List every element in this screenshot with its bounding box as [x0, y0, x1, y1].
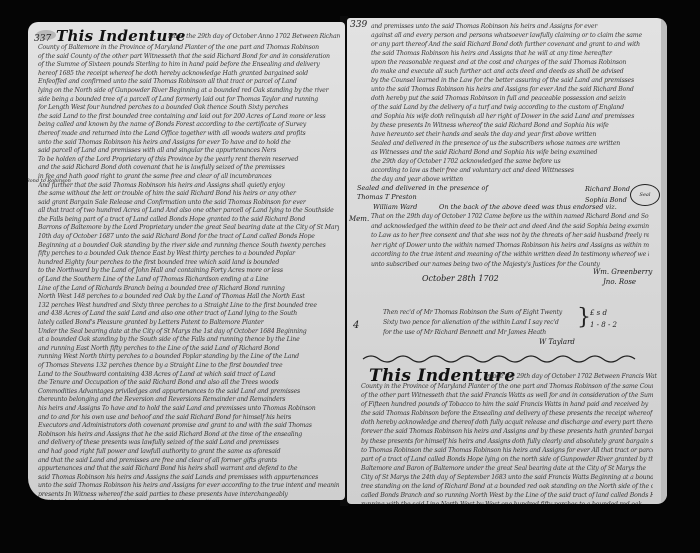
page-edge [661, 18, 667, 504]
text-line: her right of Dower unto the within named… [371, 241, 649, 251]
text-line: or any part thereof And the said Richard… [371, 40, 653, 49]
text-line: and delivery of these presents was lawfu… [38, 439, 339, 448]
text-line: and to and for his own use and behoof an… [38, 414, 339, 423]
memorandum-label: Mem. [349, 215, 369, 223]
text-line: presents In Witness whereof the said par… [38, 491, 339, 500]
text-line: by these presents In Witness whereof the… [371, 121, 653, 130]
text-line: for Length West four hundred perches to … [38, 104, 339, 113]
text-line: running with the said Line North West by… [361, 500, 653, 504]
witness-label-1: Sealed and delivered in the presence of [357, 184, 488, 193]
text-line: 10th day of October 1687 unto the said R… [38, 233, 339, 242]
right-indenture-opening: made the 29th day of October 1702 Betwee… [487, 372, 657, 382]
text-line: and 438 Acres of Land the said Land and … [38, 310, 339, 319]
text-line: do make and execute all such further act… [371, 67, 653, 76]
justice-signature-2: Jno. Rose [603, 278, 636, 287]
text-line: And further that the said Thomas Robinso… [38, 182, 339, 191]
text-line: side being a bounded tree of a parcell o… [38, 96, 339, 105]
text-line: unto the said Thomas Robinson his heirs … [38, 482, 339, 491]
text-line: thereunto belonging and the Reversion an… [38, 396, 339, 405]
text-line: called Bonds Branch and so running North… [361, 491, 653, 500]
justice-signature-1: Wm. Greenberry [593, 268, 652, 277]
text-line: by these presents for himself his heirs … [361, 437, 653, 446]
text-line: Robinson his heirs and Assigns that he t… [38, 431, 339, 440]
text-line: doth hereby put the said Thomas Robinson… [371, 94, 653, 103]
text-line: set their hands and seals the day and ye… [38, 499, 339, 500]
text-line: the Tenure and Occupation of the said Ri… [38, 379, 339, 388]
endorsement-date: October 28th 1702 [422, 274, 499, 283]
text-line: Commodities Advantages priviledges and a… [38, 388, 339, 397]
text-line: Baltemore and Baron of Baltemore under t… [361, 464, 653, 473]
grantor-signature-1: Richard Bond [585, 185, 630, 194]
fee-amount: 1 - 8 - 2 [590, 320, 617, 331]
text-line: of the said County of the other part Wit… [38, 53, 339, 62]
text-line: the Falls being part of a tract of Land … [38, 216, 339, 225]
text-line: and premisses unto the said Thomas Robin… [371, 22, 653, 31]
text-line: appurtenances and that the said Richard … [38, 465, 339, 474]
left-opening-line: made the 29th day of October Anno 1702 B… [168, 32, 340, 42]
text-line: City of St Marys the 24th day of Septemb… [361, 473, 653, 482]
text-line: his heirs and Assigns To have and to hol… [38, 405, 339, 414]
text-line: of Fifteen hundred pounds of Tobacco to … [361, 400, 653, 409]
text-line: the 29th day of October 1702 acknowledge… [371, 157, 653, 166]
text-line: unto the said Thomas Robinson his heirs … [371, 85, 653, 94]
text-line: County in the Province of Maryland Plant… [361, 382, 653, 391]
text-line: lately called Bond's Pleasure granted by… [38, 319, 339, 328]
text-line: said parcell of Land and premisses with … [38, 147, 339, 156]
text-line: unto the said Thomas Robinson his heirs … [38, 139, 339, 148]
text-line: being called and known by the name of Bo… [38, 121, 339, 130]
text-line: and had good right full power and lawful… [38, 448, 339, 457]
text-line: of Thomas Stevens 132 perches thence by … [38, 362, 339, 371]
text-line: tree standing on the land of Richard Bon… [361, 482, 653, 491]
text-line: Then rec'd of Mr Thomas Robinson the Sum… [383, 308, 587, 318]
text-line: in fee and hath good right to grant the … [38, 173, 339, 182]
text-line: and that the said Land and premisses are… [38, 457, 339, 466]
right-page-number: 339 [350, 20, 367, 30]
fee-note-body: Then rec'd of Mr Thomas Robinson the Sum… [383, 308, 587, 338]
text-line: Barrons of Baltemore by the Lord Proprie… [38, 224, 339, 233]
text-line: and acknowledged the within deed to be t… [371, 222, 649, 232]
text-line: the same without the lett or trouble of … [38, 190, 339, 199]
second-indenture-body: County in the Province of Maryland Plant… [361, 382, 653, 504]
text-line: Sealed and delivered in the presence of … [371, 139, 653, 148]
text-line: by the Counsel learned in the Law for th… [371, 76, 653, 85]
text-line: of the Summe of Sixteen pounds Sterling … [38, 61, 339, 70]
text-line: Under the Seal bearing date at the City … [38, 328, 339, 337]
witness-label-2: Thomas T Preston [357, 193, 417, 202]
text-line: according to law as their free and volun… [371, 166, 653, 175]
text-line: and running East North fifty perches to … [38, 345, 339, 354]
text-line: County of Baltemore in the Province of M… [38, 44, 339, 53]
text-line: Enfeoffed and confirmed unto the said Th… [38, 78, 339, 87]
text-line: according to the true intent and meaning… [371, 250, 649, 260]
text-line: doth hereby acknowledge and thereof doth… [361, 418, 653, 427]
text-line: of Land the Southern Line of the Land of… [38, 276, 339, 285]
endorsement-body: That on the 29th day of October 1702 Cam… [371, 212, 649, 269]
text-line: have hereunto set their hands and seals … [371, 130, 653, 139]
text-line: said Thomas Robinson his heirs and Assig… [38, 474, 339, 483]
text-line: for the use of Mr Richard Bennett and Mr… [383, 328, 587, 338]
text-line: of the other part Witnesseth that the sa… [361, 391, 653, 400]
text-line: Land to the Southward containing 438 Acr… [38, 371, 339, 380]
fee-margin-number: 4 [353, 320, 359, 331]
brace-icon: } [577, 307, 591, 329]
text-line: Executors and Administrators doth covena… [38, 422, 339, 431]
fee-signature: W Taylard [539, 338, 575, 347]
left-indenture-heading: This Indenture [56, 27, 186, 45]
text-line: of the said Land by the delivery of a tu… [371, 103, 653, 112]
text-line: as Witnesses and the said Richard Bond a… [371, 148, 653, 157]
text-line: the day and year above written [371, 175, 653, 184]
text-line: To be holden of the Lord Proprietary of … [38, 156, 339, 165]
text-line: hereof 1685 the receipt whereof he doth … [38, 70, 339, 79]
right-page-body: and premisses unto the said Thomas Robin… [371, 22, 653, 184]
left-page: 337 This Indenture made the 29th day of … [28, 22, 345, 500]
wavy-divider-icon [359, 354, 649, 364]
text-line: part of a tract of Land called Bonds Hop… [361, 455, 653, 464]
text-line: lying on the North side of Gunpowder Riv… [38, 87, 339, 96]
text-line: upon the reasonable request and at the c… [371, 58, 653, 67]
right-page: 339 and premisses unto the said Thomas R… [347, 18, 667, 504]
text-line: forever the said Thomas Robinson his hei… [361, 427, 653, 436]
text-line: North West 148 perches to a bounded red … [38, 293, 339, 302]
text-line: and the said Richard Bond doth covenant … [38, 164, 339, 173]
text-line: the said Thomas Robinson his heirs and A… [371, 49, 653, 58]
text-line: running West North thirty perches to a b… [38, 353, 339, 362]
text-line: the said Land to the first bounded tree … [38, 113, 339, 122]
text-line: hundred Eighty four perches to the first… [38, 259, 339, 268]
left-margin-note: Bond to Robinson [28, 178, 71, 184]
text-line: Beginning at a bounded Oak standing by t… [38, 242, 339, 251]
text-line: to Law as to her free consent and that s… [371, 231, 649, 241]
left-page-body: County of Baltemore in the Province of M… [38, 44, 339, 500]
text-line: all that tract of two hundred Acres of L… [38, 207, 339, 216]
text-line: That on the 29th day of October 1702 Cam… [371, 212, 649, 222]
text-line: 132 perches West hundred and Sixty three… [38, 302, 339, 311]
text-line: fifty perches to a bounded Oak thence Ea… [38, 250, 339, 259]
text-line: Line of the Land of Richards Branch bein… [38, 285, 339, 294]
text-line: said grant Bargain Sale Release and Conf… [38, 199, 339, 208]
endorsement-intro: On the back of the above deed was thus e… [439, 203, 617, 212]
text-line: the said Thomas Robinson before the Ense… [361, 409, 653, 418]
witness-name: William Ward [373, 203, 417, 212]
seal-icon: Seal [630, 184, 660, 206]
text-line: to the Northward by the Land of John Hal… [38, 267, 339, 276]
currency-header: £ s d [590, 308, 607, 319]
text-line: thereof made and returned into the Land … [38, 130, 339, 139]
text-line: Sixty two pence for alienation of the wi… [383, 318, 587, 328]
text-line: and Sophia his wife doth relinquish all … [371, 112, 653, 121]
left-page-number: 337 [34, 34, 51, 44]
text-line: to Thomas Robinson the said Thomas Robin… [361, 446, 653, 455]
text-line: at a bounded Oak standing by the South s… [38, 336, 339, 345]
text-line: against all and every person and persons… [371, 31, 653, 40]
